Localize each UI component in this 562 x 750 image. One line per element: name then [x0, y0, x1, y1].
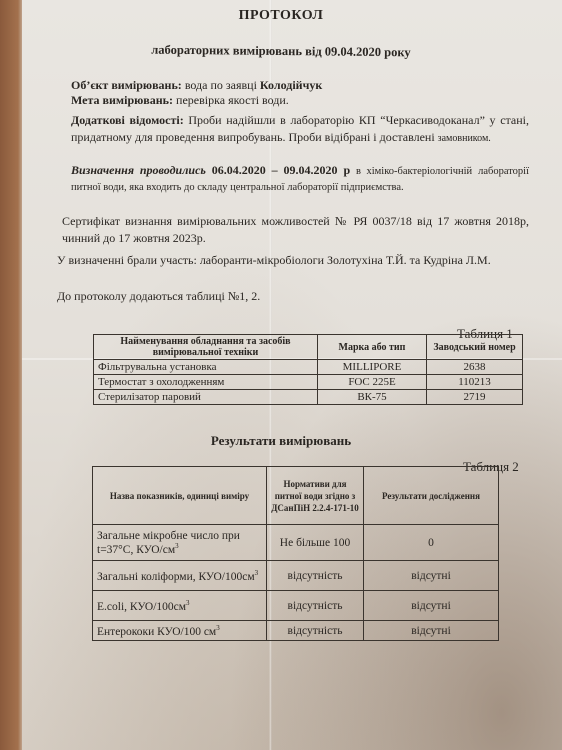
indicator-result: відсутні [364, 591, 499, 621]
extra-label: Додаткові відомості: [71, 113, 184, 127]
document-title: ПРОТОКОЛ [0, 8, 562, 24]
indicator-result: відсутні [364, 621, 499, 641]
equipment-name: Фільтрувальна установка [94, 360, 318, 375]
indicator-name: E.coli, КУО/100см3 [93, 591, 267, 621]
results-table: Назва показників, одиниці виміру Нормати… [92, 466, 499, 641]
table-row: Загальні коліформи, КУО/100см3 відсутніс… [93, 561, 499, 591]
table-row: Загальне мікробне число при t=37°C, КУО/… [93, 525, 499, 561]
equipment-serial: 110213 [427, 375, 523, 390]
indicator-name: Ентерококи КУО/100 см3 [93, 621, 267, 641]
table1-header-name: Найменування обладнання та засобів вимір… [94, 335, 318, 360]
indicator-norm: Не більше 100 [267, 525, 364, 561]
indicator-norm: відсутність [267, 621, 364, 641]
determination-value: в хіміко-бактеріологічній [356, 166, 472, 177]
attachments-info: До протоколу додаються таблиці №1, 2. [57, 289, 515, 304]
object-label: Об’єкт вимірювань: [71, 78, 182, 92]
equipment-name: Термостат з охолодженням [94, 375, 318, 390]
table2-header-result: Результати дослідження [364, 467, 499, 525]
table-row: Фільтрувальна установка MILLIPORE 2638 [94, 360, 523, 375]
extra-info: Додаткові відомості: Проби надійшли в ла… [71, 112, 529, 147]
table-row: Термостат з охолодженням FOC 225E 110213 [94, 375, 523, 390]
table2-header-indicator: Назва показників, одиниці виміру [93, 467, 267, 525]
equipment-type: FOC 225E [318, 375, 427, 390]
table-row: E.coli, КУО/100см3 відсутність відсутні [93, 591, 499, 621]
table2-header-norm: Нормативи для питної води згідно з ДСанП… [267, 467, 364, 525]
equipment-type: MILLIPORE [318, 360, 427, 375]
indicator-result: 0 [364, 525, 499, 561]
equipment-type: ВК-75 [318, 390, 427, 405]
object-line: Об’єкт вимірювань: вода по заявці Колоді… [71, 78, 529, 93]
participants-info: У визначенні брали участь: лаборанти-мік… [57, 252, 529, 269]
indicator-name: Загальне мікробне число при t=37°C, КУО/… [93, 525, 267, 561]
equipment-table: Найменування обладнання та засобів вимір… [93, 334, 523, 405]
goal-value: перевірка якості води. [176, 93, 289, 107]
table1-header-type: Марка або тип [318, 335, 427, 360]
equipment-name: Стерилізатор паровий [94, 390, 318, 405]
extra-tail: замовником. [438, 133, 491, 144]
table-row: Стерилізатор паровий ВК-75 2719 [94, 390, 523, 405]
equipment-serial: 2638 [427, 360, 523, 375]
indicator-norm: відсутність [267, 561, 364, 591]
indicator-norm: відсутність [267, 591, 364, 621]
determination-dates: 06.04.2020 – 09.04.2020 р [212, 163, 350, 177]
certificate-info: Сертифікат визнання вимірювальних можлив… [62, 213, 529, 247]
table1-header-serial: Заводський номер [427, 335, 523, 360]
object-value: вода по заявці [185, 78, 257, 92]
determination-label: Визначення проводились [71, 163, 206, 177]
object-name: Колодійчук [260, 78, 322, 92]
results-title: Результати вимірювань [0, 433, 562, 449]
indicator-name: Загальні коліформи, КУО/100см3 [93, 561, 267, 591]
goal-label: Мета вимірювань: [71, 93, 173, 107]
goal-line: Мета вимірювань: перевірка якості води. [71, 93, 529, 108]
equipment-serial: 2719 [427, 390, 523, 405]
determination-info: Визначення проводились 06.04.2020 – 09.0… [71, 163, 529, 195]
indicator-result: відсутні [364, 561, 499, 591]
table-row: Ентерококи КУО/100 см3 відсутність відсу… [93, 621, 499, 641]
